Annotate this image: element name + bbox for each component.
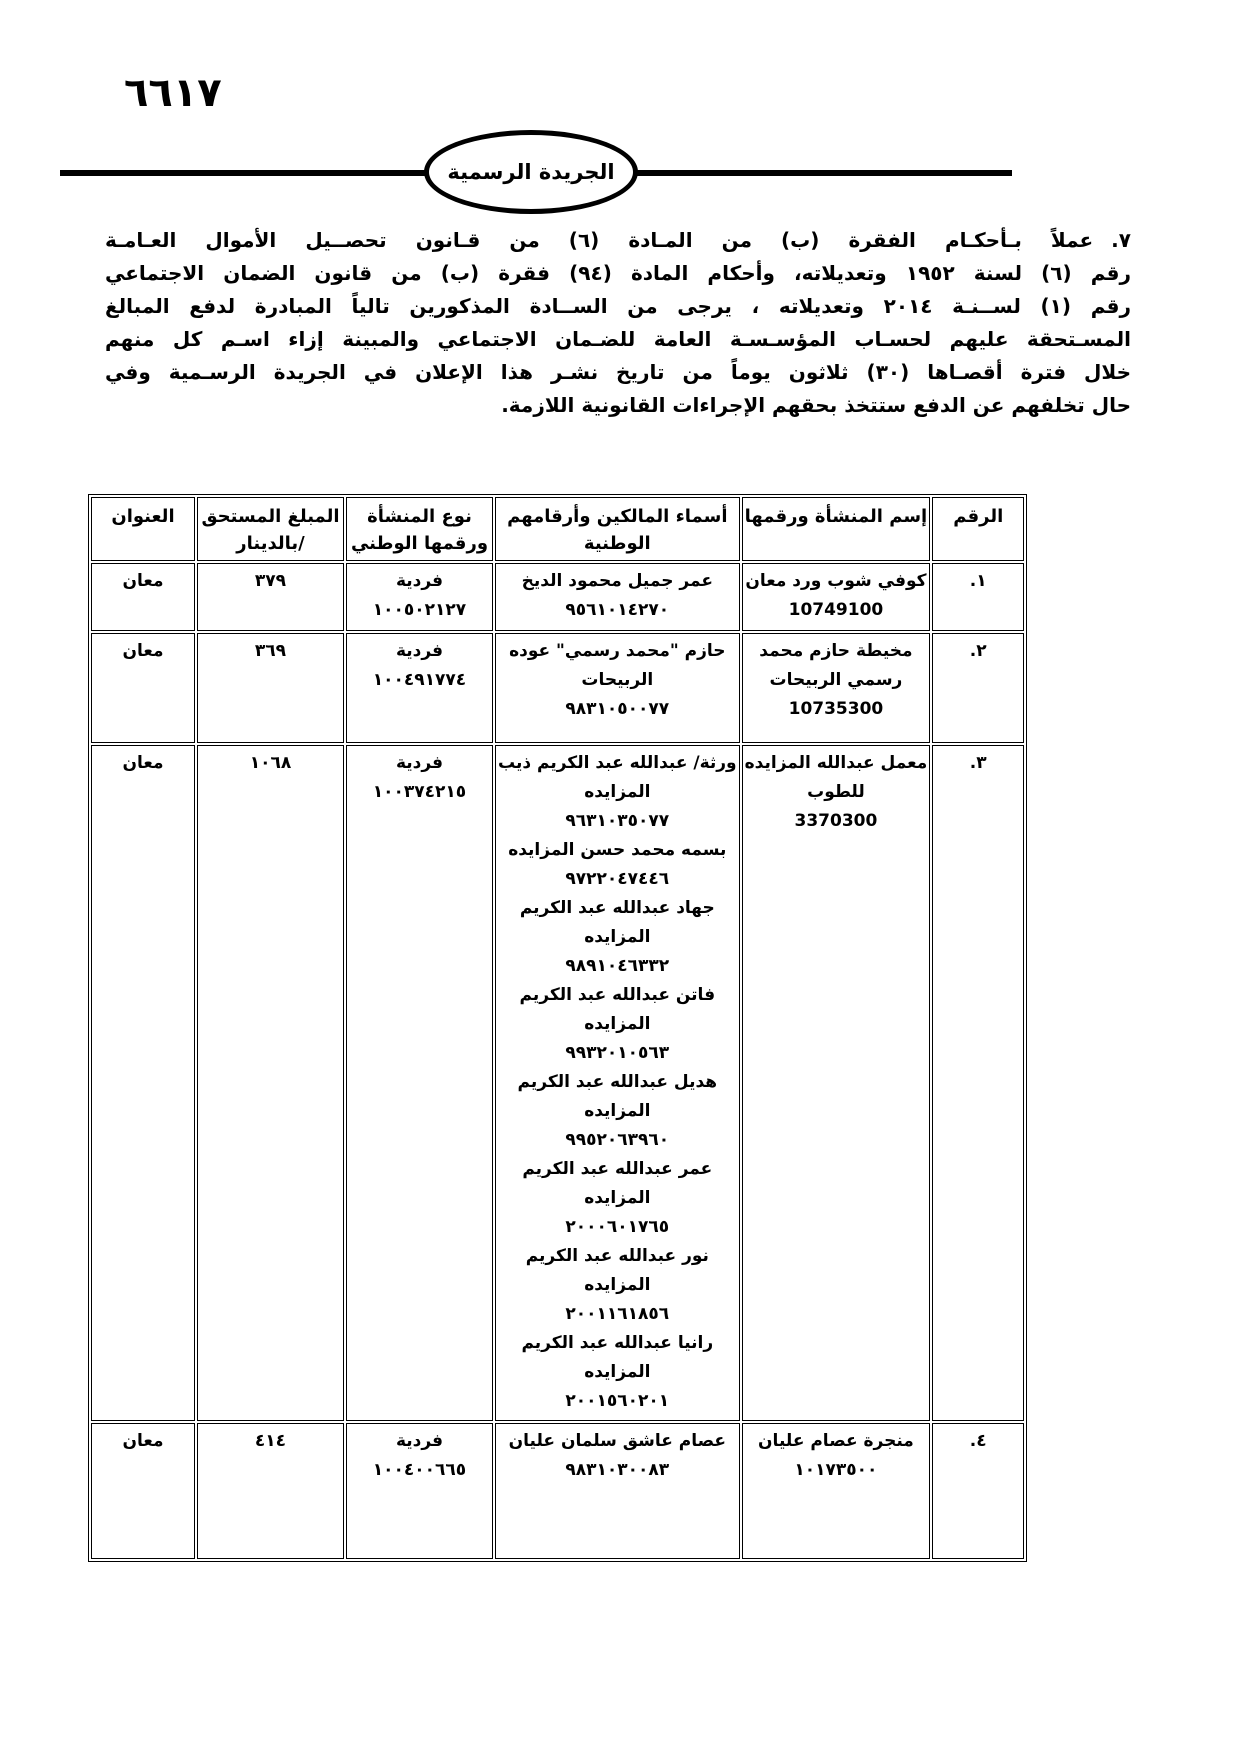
establishment-cell: منجرة عصام عليان١٠١٧٣٥٠٠ bbox=[742, 1423, 931, 1559]
type-cell: فردية١٠٠٤٩١٧٧٤ bbox=[346, 633, 493, 743]
page-number: ٦٦١٧ bbox=[124, 70, 222, 116]
notice-paragraph: ٧.عملاً بـأحكـام الفقرة (ب) من المـادة (… bbox=[105, 224, 1131, 422]
notice-line: رقم (١) لســنـة ٢٠١٤ وتعديلاته ، يرجى من… bbox=[105, 290, 1131, 323]
amount-cell: ٣٧٩ bbox=[197, 563, 344, 631]
notice-line: خلال فترة أقصـاها (٣٠) ثلاثون يوماً من ت… bbox=[105, 356, 1131, 389]
type-cell: فردية١٠٠٥٠٢١٢٧ bbox=[346, 563, 493, 631]
notice-line: حال تخلفهم عن الدفع ستتخذ بحقهم الإجراءا… bbox=[105, 389, 1131, 422]
col-header-owners: أسماء المالكين وأرقامهم الوطنية bbox=[495, 497, 740, 561]
row-number-cell: ١. bbox=[932, 563, 1024, 631]
notice-item-number: ٧. bbox=[1111, 228, 1131, 252]
establishment-cell: كوفي شوب ورد معان10749100 bbox=[742, 563, 931, 631]
notice-line-text: عملاً بـأحكـام الفقرة (ب) من المـادة (٦)… bbox=[105, 228, 1093, 252]
table-row: ٢. مخيطة حازم محمدرسمي الربيحات10735300 … bbox=[91, 633, 1024, 743]
address-cell: معان bbox=[91, 745, 195, 1421]
table-row: ٣. معمل عبدالله المزايدهللطوب3370300 ورث… bbox=[91, 745, 1024, 1421]
table-row: ٤. منجرة عصام عليان١٠١٧٣٥٠٠ عصام عاشق سل… bbox=[91, 1423, 1024, 1559]
address-cell: معان bbox=[91, 1423, 195, 1559]
col-header-address: العنوان bbox=[91, 497, 195, 561]
notice-line: المسـتحقة عليهم لحسـاب المؤسـسـة العامة … bbox=[105, 323, 1131, 356]
owners-cell: عصام عاشق سلمان عليان٩٨٣١٠٣٠٠٨٣ bbox=[495, 1423, 740, 1559]
notice-line: رقم (٦) لسنة ١٩٥٢ وتعديلاته، وأحكام الما… bbox=[105, 257, 1131, 290]
col-header-number: الرقم bbox=[932, 497, 1024, 561]
row-number-cell: ٤. bbox=[932, 1423, 1024, 1559]
amount-cell: ١٠٦٨ bbox=[197, 745, 344, 1421]
establishment-cell: مخيطة حازم محمدرسمي الربيحات10735300 bbox=[742, 633, 931, 743]
owners-cell: عمر جميل محمود الديخ٩٥٦١٠١٤٢٧٠ bbox=[495, 563, 740, 631]
col-header-establishment: إسم المنشأة ورقمها bbox=[742, 497, 931, 561]
records-table: الرقم إسم المنشأة ورقمها أسماء المالكين … bbox=[88, 494, 1027, 1562]
gazette-page: ٦٦١٧ الجريدة الرسمية ٧.عملاً بـأحكـام ال… bbox=[0, 0, 1241, 1755]
type-cell: فردية١٠٠٤٠٠٦٦٥ bbox=[346, 1423, 493, 1559]
establishment-cell: معمل عبدالله المزايدهللطوب3370300 bbox=[742, 745, 931, 1421]
type-cell: فردية١٠٠٣٧٤٢١٥ bbox=[346, 745, 493, 1421]
row-number-cell: ٢. bbox=[932, 633, 1024, 743]
table-row: ١. كوفي شوب ورد معان10749100 عمر جميل مح… bbox=[91, 563, 1024, 631]
address-cell: معان bbox=[91, 563, 195, 631]
owners-cell: حازم "محمد رسمي" عودهالربيحات٩٨٣١٠٥٠٠٧٧ bbox=[495, 633, 740, 743]
owners-cell: ورثة/ عبدالله عبد الكريم ذيبالمزايده٩٦٣١… bbox=[495, 745, 740, 1421]
address-cell: معان bbox=[91, 633, 195, 743]
notice-line: ٧.عملاً بـأحكـام الفقرة (ب) من المـادة (… bbox=[105, 224, 1131, 257]
col-header-amount: المبلغ المستحق /بالدينار bbox=[197, 497, 344, 561]
masthead-oval: الجريدة الرسمية bbox=[424, 130, 638, 214]
amount-cell: ٤١٤ bbox=[197, 1423, 344, 1559]
row-number-cell: ٣. bbox=[932, 745, 1024, 1421]
amount-cell: ٣٦٩ bbox=[197, 633, 344, 743]
masthead-title: الجريدة الرسمية bbox=[447, 160, 614, 184]
table-header-row: الرقم إسم المنشأة ورقمها أسماء المالكين … bbox=[91, 497, 1024, 561]
col-header-type: نوع المنشأة ورقمها الوطني bbox=[346, 497, 493, 561]
